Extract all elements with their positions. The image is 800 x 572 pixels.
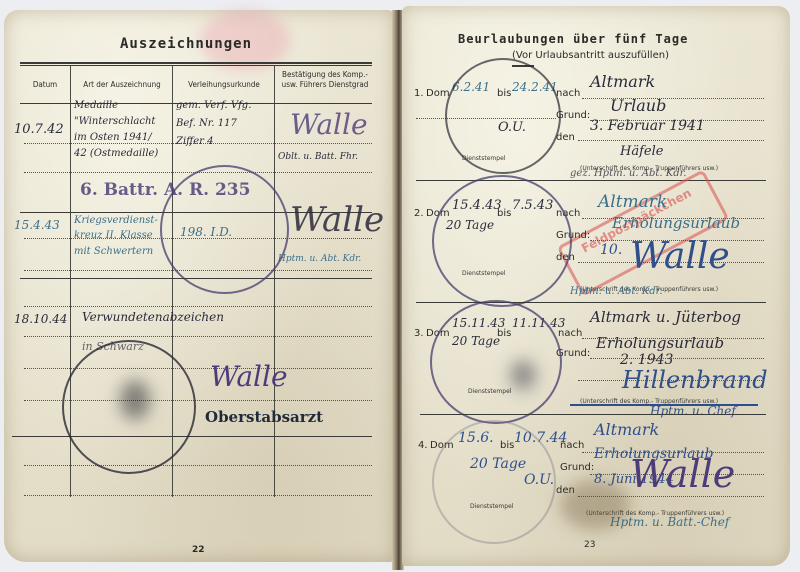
header-top-rule [20, 62, 372, 64]
leave-number: 3. [414, 328, 424, 339]
leave-destination: Altmark [590, 72, 655, 91]
award-date: 15.4.43 [14, 218, 60, 232]
section-rule [416, 180, 766, 181]
header-top-rule-2 [20, 65, 372, 66]
column-divider [274, 65, 275, 497]
form-line [578, 262, 764, 263]
leave-rank: Hptm. u. Batt.-Chef [610, 515, 729, 529]
right-page-subtitle: (Vor Urlaubsantritt auszufüllen) [512, 50, 669, 61]
leave-rank: gez. Hptm. u. Abt. Kdr. [570, 168, 686, 179]
leave-reason: Erholungsurlaub [596, 334, 724, 352]
ink-blot [510, 360, 536, 390]
award-date: 10.7.42 [14, 122, 64, 137]
section-rule [420, 414, 766, 415]
form-line [578, 140, 764, 141]
right-page-title: Beurlaubungen über fünf Tage [458, 32, 688, 46]
certificate-line: gem. Verf. Vfg. [176, 100, 251, 111]
award-date: 18.10.44 [14, 312, 67, 326]
leave-from-label: Dom [426, 88, 450, 99]
award-name-line: mit Schwertern [74, 246, 153, 257]
award-name-line: Verwundetenabzeichen [82, 310, 224, 324]
row-line [24, 465, 372, 466]
column-header-confirmation: Bestätigung des Komp.- usw. Führers Dien… [278, 70, 372, 90]
certificate-line: Bef. Nr. 117 [176, 118, 237, 129]
leave-destination-label: nach [560, 440, 584, 451]
soldbuch-spread: Auszeichnungen Datum Art der Auszeichnun… [0, 0, 800, 572]
leave-destination: Altmark u. Jüterbog [590, 308, 741, 326]
page-number-right: 23 [584, 540, 595, 550]
confirmation-rank: Hptm. u. Abt. Kdr. [278, 254, 361, 264]
left-page-title: Auszeichnungen [120, 36, 252, 52]
leave-reason-label: Grund: [560, 462, 594, 473]
confirmation-rank: Oblt. u. Batt. Fhr. [278, 152, 358, 162]
confirmation-signature: Walle [210, 360, 288, 393]
leave-signature: Häfele [620, 144, 663, 159]
leave-signature: Walle [630, 236, 730, 277]
leave-issue-date: 3. Februar 1941 [590, 118, 705, 134]
leave-number: 1. [414, 88, 424, 99]
row-line [24, 495, 372, 496]
column-header-award: Art der Auszeichnung [72, 80, 172, 90]
section-rule [416, 302, 766, 303]
leave-reason: Erholungsurlaub [612, 214, 740, 232]
leave-signature: Walle [630, 452, 735, 496]
official-stamp [432, 175, 572, 307]
leave-destination: Altmark [594, 420, 659, 439]
award-name-line: Medaille [74, 100, 118, 111]
award-name-line: "Winterschlacht [74, 116, 155, 127]
leave-date-label: den [556, 132, 575, 143]
column-header-certificate: Verleihungsurkunde [174, 80, 274, 90]
column-header-date: Datum [20, 80, 70, 90]
award-name-line: kreuz II. Klasse [74, 230, 153, 241]
faded-stamp [432, 420, 556, 544]
form-line [578, 380, 764, 381]
leave-destination-label: nach [556, 88, 580, 99]
certificate-line: Ziffer 4 [176, 136, 213, 147]
confirmation-signature: Walle [290, 108, 368, 141]
confirmation-rank: Oberstabsarzt [205, 408, 323, 426]
leave-issue-date: 10. [600, 242, 622, 258]
official-stamp [160, 165, 289, 294]
eagle-emblem [120, 380, 150, 420]
leave-number: 2. [414, 208, 424, 219]
leave-destination: Altmark [598, 192, 667, 212]
award-name-line: 42 (Ostmedaille) [74, 148, 158, 159]
official-stamp [430, 300, 562, 424]
water-stain [560, 480, 630, 530]
row-line [24, 336, 372, 337]
leave-rank: Hptm. u. Abt. Kdr. [570, 286, 663, 297]
leave-destination-label: nach [558, 328, 582, 339]
confirmation-signature: Walle [290, 200, 384, 240]
form-line [590, 358, 764, 359]
leave-reason-label: Grund: [556, 110, 590, 121]
leave-rank: Hptm. u. Chef [650, 404, 736, 418]
row-rule [12, 436, 372, 437]
leave-number: 4. [418, 440, 428, 451]
leave-reason: Urlaub [610, 96, 666, 115]
award-name-line: Kriegsverdienst- [74, 215, 158, 226]
official-stamp [445, 58, 561, 174]
award-name-line: im Osten 1941/ [74, 132, 152, 143]
page-number-left: 22 [192, 545, 205, 555]
row-line [24, 306, 372, 307]
